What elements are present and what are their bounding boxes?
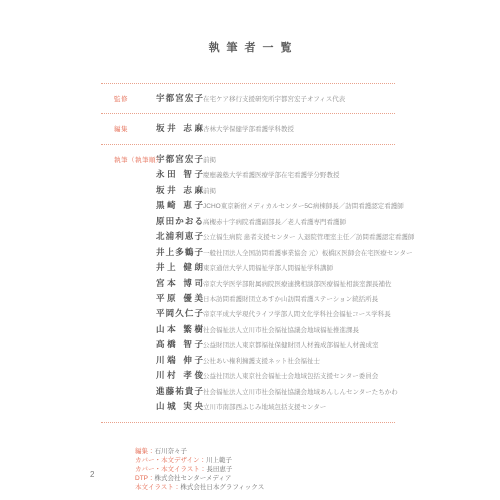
contributor-name: 北浦利恵子 <box>156 230 203 242</box>
section-label: 執筆（執筆順） <box>114 155 163 164</box>
contributor-affiliation: 立川市南部西ふじみ地域包括支援センター <box>203 404 326 411</box>
section-label: 編集 <box>114 124 128 133</box>
credit-label: 本文イラスト： <box>135 484 180 491</box>
contributor-list: 監修 宇都宮宏子在宅ケア移行支援研究所宇都宮宏子オフィス代表 編集 坂井 志麻杏… <box>101 83 395 493</box>
contributor-row: 山本 繁樹社会福祉法人立川市社会福祉協議会地域福祉推進課長 <box>156 322 395 337</box>
dotted-divider <box>101 422 395 423</box>
page-number: 2 <box>90 470 94 479</box>
contributor-row: 平岡久仁子帝京平成大学現代ライフ学部人間文化学科社会福祉コース学科長 <box>156 306 395 321</box>
contributor-row: 坂井 志麻前掲 <box>156 183 395 198</box>
credit-value: 石川奈々子 <box>155 448 188 455</box>
contributor-affiliation: 社会福祉法人立川市社会福祉協議会地域福祉推進課長 <box>203 327 359 334</box>
contributor-affiliation: 公益社団法人東京社会福祉士会地域包括支援センター委員会 <box>203 373 378 380</box>
contributor-affiliation: 前掲 <box>203 157 216 164</box>
contributor-affiliation: 公益財団法人東京都福祉保健財団人材養成部福祉人材養成室 <box>203 342 379 349</box>
section-editing: 編集 坂井 志麻杏林大学保健学部看護学科教授 <box>101 114 395 143</box>
contributor-affiliation: 高槻赤十字病院看護副部長／老人看護専門看護師 <box>203 219 346 226</box>
contributor-row: 坂井 志麻杏林大学保健学部看護学科教授 <box>156 121 395 136</box>
contributor-name: 川端 伸子 <box>156 354 203 366</box>
contributor-name: 永田 智子 <box>156 168 203 180</box>
contributor-row: 宮本 博司帝京大学医学部附属病院医療連携相談部医療福祉相談室課長補佐 <box>156 276 395 291</box>
credit-label: カバー・本文デザイン： <box>135 457 206 464</box>
contributor-name: 宇都宮宏子 <box>156 92 203 104</box>
contributor-affiliation: 帝京平成大学現代ライフ学部人間文化学科社会福祉コース学科長 <box>203 311 391 318</box>
contributor-row: 川端 伸子公社あい権利擁護支援ネット社会福祉士 <box>156 353 395 368</box>
contributor-row: 髙橋 智子公益財団法人東京都福祉保健財団人材養成部福祉人材養成室 <box>156 337 395 352</box>
contributor-name: 黒崎 恵子 <box>156 199 203 211</box>
contributor-row: 永田 智子慶應義塾大学看護医療学部在宅看護学分野教授 <box>156 167 395 182</box>
contributor-name: 髙橋 智子 <box>156 338 203 350</box>
section-rows: 坂井 志麻杏林大学保健学部看護学科教授 <box>156 121 395 136</box>
contributor-name: 宮本 博司 <box>156 277 203 289</box>
contributor-row: 井上 健朗東京通信大学人間福祉学部人間福祉学科講師 <box>156 260 395 275</box>
section-authors: 執筆（執筆順） 宇都宮宏子前掲 永田 智子慶應義塾大学看護医療学部在宅看護学分野… <box>101 145 395 422</box>
credit-value: 川上範子 <box>206 457 232 464</box>
credit-line: DTP：株式会社センターメディア <box>135 474 395 483</box>
contributor-name: 井上 健朗 <box>156 261 203 273</box>
contributor-affiliation: 帝京大学医学部附属病院医療連携相談部医療福祉相談室課長補佐 <box>203 281 392 288</box>
credit-label: DTP： <box>135 475 155 482</box>
contributor-row: 原田かおる高槻赤十字病院看護副部長／老人看護専門看護師 <box>156 214 395 229</box>
contributor-affiliation: 公社あい権利擁護支援ネット社会福祉士 <box>203 358 320 365</box>
credit-line: 本文イラスト：株式会社日本グラフィックス <box>135 483 395 492</box>
contributor-name: 坂井 志麻 <box>156 122 203 134</box>
contributor-name: 原田かおる <box>156 215 203 227</box>
contributor-name: 宇都宮宏子 <box>156 153 203 165</box>
contributor-name: 山城 実央 <box>156 400 203 412</box>
contributor-name: 坂井 志麻 <box>156 184 203 196</box>
section-rows: 宇都宮宏子前掲 永田 智子慶應義塾大学看護医療学部在宅看護学分野教授 坂井 志麻… <box>156 152 395 415</box>
contributor-name: 進藤祐貴子 <box>156 385 203 397</box>
contributor-affiliation: 慶應義塾大学看護医療学部在宅看護学分野教授 <box>203 172 340 179</box>
section-label: 監修 <box>114 94 128 103</box>
contributor-row: 井上多鶴子一般社団法人全国訪問看護事業協会 元）板橋区医師会在宅医療センター <box>156 245 395 260</box>
contributor-name: 平岡久仁子 <box>156 307 203 319</box>
book-page: 執筆者一覧 監修 宇都宮宏子在宅ケア移行支援研究所宇都宮宏子オフィス代表 編集 … <box>0 0 500 500</box>
contributor-row: 北浦利恵子公立福生病院 患者支援センター 入退院管理室主任／訪問看護認定看護師 <box>156 229 395 244</box>
contributor-row: 川村 孝俊公益社団法人東京社会福祉士会地域包括支援センター委員会 <box>156 368 395 383</box>
credit-label: 編集： <box>135 448 155 455</box>
contributor-row: 宇都宮宏子在宅ケア移行支援研究所宇都宮宏子オフィス代表 <box>156 91 395 106</box>
credit-value: 株式会社日本グラフィックス <box>180 484 264 491</box>
contributor-row: 平原 優美日本訪問看護財団立あすか山訪問看護ステーション統括所長 <box>156 291 395 306</box>
contributor-name: 平原 優美 <box>156 292 203 304</box>
credit-line: カバー・本文デザイン：川上範子 <box>135 456 395 465</box>
credit-value: 長田恵子 <box>206 466 232 473</box>
contributor-name: 井上多鶴子 <box>156 246 203 258</box>
credit-label: カバー・本文イラスト： <box>135 466 206 473</box>
section-supervision: 監修 宇都宮宏子在宅ケア移行支援研究所宇都宮宏子オフィス代表 <box>101 84 395 113</box>
page-title: 執筆者一覧 <box>0 39 500 55</box>
contributor-row: 宇都宮宏子前掲 <box>156 152 395 167</box>
credit-value: 株式会社センターメディア <box>155 475 232 482</box>
contributor-row: 山城 実央立川市南部西ふじみ地域包括支援センター <box>156 399 395 414</box>
contributor-affiliation: 前掲 <box>203 188 216 195</box>
contributor-affiliation: 一般社団法人全国訪問看護事業協会 元）板橋区医師会在宅医療センター <box>203 250 413 257</box>
contributor-name: 山本 繁樹 <box>156 323 203 335</box>
credit-line: 編集：石川奈々子 <box>135 447 395 456</box>
contributor-affiliation: 東京通信大学人間福祉学部人間福祉学科講師 <box>203 265 333 272</box>
contributor-affiliation: 公立福生病院 患者支援センター 入退院管理室主任／訪問看護認定看護師 <box>203 234 414 241</box>
contributor-affiliation: 社会福祉法人立川市社会福祉協議会地域あんしんセンターたちかわ <box>203 389 398 396</box>
contributor-row: 進藤祐貴子社会福祉法人立川市社会福祉協議会地域あんしんセンターたちかわ <box>156 384 395 399</box>
contributor-name: 川村 孝俊 <box>156 369 203 381</box>
contributor-affiliation: 在宅ケア移行支援研究所宇都宮宏子オフィス代表 <box>203 96 345 103</box>
contributor-affiliation: 日本訪問看護財団立あすか山訪問看護ステーション統括所長 <box>203 296 378 303</box>
contributor-affiliation: JCHO東京新宿メディカルセンター5C病棟師長／訪問看護認定看護師 <box>203 203 404 210</box>
credit-line: カバー・本文イラスト：長田恵子 <box>135 465 395 474</box>
section-rows: 宇都宮宏子在宅ケア移行支援研究所宇都宮宏子オフィス代表 <box>156 91 395 106</box>
contributor-row: 黒崎 恵子JCHO東京新宿メディカルセンター5C病棟師長／訪問看護認定看護師 <box>156 198 395 213</box>
production-credits: 編集：石川奈々子 カバー・本文デザイン：川上範子 カバー・本文イラスト：長田恵子… <box>135 447 395 493</box>
contributor-affiliation: 杏林大学保健学部看護学科教授 <box>203 126 294 133</box>
